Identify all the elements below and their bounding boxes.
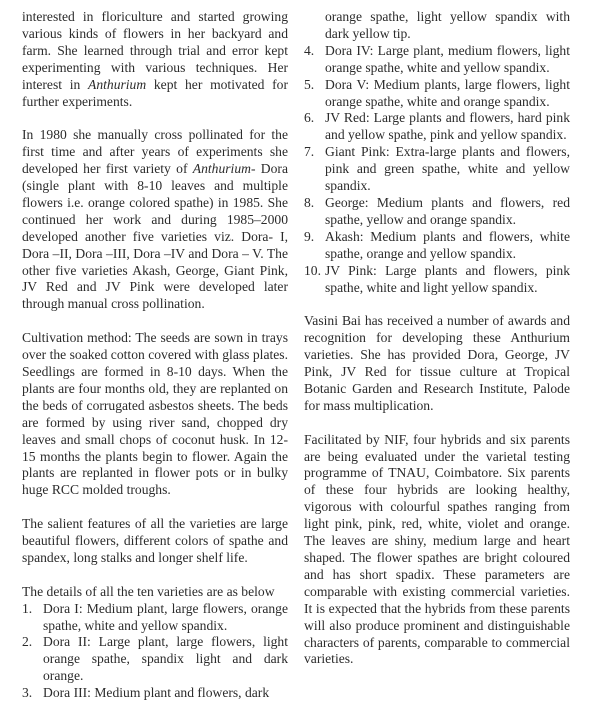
italic-species-name: Anthurium	[88, 77, 146, 92]
list-item: 6.JV Red: Large plants and flowers, hard…	[304, 110, 570, 144]
list-item: 7.Giant Pink: Extra-large plants and flo…	[304, 144, 570, 195]
list-text: orange spathe, light yellow spandix with…	[325, 9, 570, 41]
list-item: 9.Akash: Medium plants and flowers, whit…	[304, 229, 570, 263]
list-item: 3.Dora III: Medium plant and flowers, da…	[22, 685, 288, 702]
list-text: JV Pink: Large plants and flowers, pink …	[325, 263, 570, 295]
list-text: Dora I: Medium plant, large flowers, ora…	[43, 601, 288, 633]
intro-paragraph: interested in floriculture and started g…	[22, 9, 288, 110]
features-paragraph: The salient features of all the varietie…	[22, 516, 288, 567]
list-text: Dora II: Large plant, large flowers, lig…	[43, 634, 288, 683]
left-column: interested in floriculture and started g…	[22, 9, 288, 714]
list-text: Dora IV: Large plant, medium flowers, li…	[325, 43, 570, 75]
list-text: Dora V: Medium plants, large flowers, li…	[325, 77, 570, 109]
list-item: 8.George: Medium plants and flowers, red…	[304, 195, 570, 229]
list-number: 8.	[304, 195, 314, 212]
list-number: 6.	[304, 110, 314, 127]
list-number: 10.	[304, 263, 321, 280]
nif-evaluation-paragraph: Facilitated by NIF, four hybrids and six…	[304, 432, 570, 669]
list-number: 7.	[304, 144, 314, 161]
list-text: Akash: Medium plants and flowers, white …	[325, 229, 570, 261]
list-item: 2.Dora II: Large plant, large flowers, l…	[22, 634, 288, 685]
list-item: 1.Dora I: Medium plant, large flowers, o…	[22, 601, 288, 635]
list-item: 4.Dora IV: Large plant, medium flowers, …	[304, 43, 570, 77]
list-item-continuation: orange spathe, light yellow spandix with…	[304, 9, 570, 43]
italic-species-name: Anthurium	[193, 161, 251, 176]
awards-paragraph: Vasini Bai has received a number of awar…	[304, 313, 570, 414]
document-page: interested in floriculture and started g…	[0, 0, 602, 714]
list-number: 1.	[22, 601, 32, 618]
list-intro: The details of all the ten varieties are…	[22, 584, 288, 601]
list-text: JV Red: Large plants and flowers, hard p…	[325, 110, 570, 142]
list-number: 4.	[304, 43, 314, 60]
list-item: 5.Dora V: Medium plants, large flowers, …	[304, 77, 570, 111]
list-number: 3.	[22, 685, 32, 702]
right-column: orange spathe, light yellow spandix with…	[304, 9, 570, 685]
cultivation-paragraph: Cultivation method: The seeds are sown i…	[22, 330, 288, 499]
list-number: 9.	[304, 229, 314, 246]
list-text: Dora III: Medium plant and flowers, dark	[43, 685, 269, 700]
list-text: Giant Pink: Extra-large plants and flowe…	[325, 144, 570, 193]
list-text: George: Medium plants and flowers, red s…	[325, 195, 570, 227]
list-item: 10.JV Pink: Large plants and flowers, pi…	[304, 263, 570, 297]
list-number: 5.	[304, 77, 314, 94]
varieties-list: 1.Dora I: Medium plant, large flowers, o…	[22, 601, 288, 702]
varieties-list-continued: orange spathe, light yellow spandix with…	[304, 9, 570, 296]
list-number: 2.	[22, 634, 32, 651]
history-paragraph: In 1980 she manually cross pollinated fo…	[22, 127, 288, 313]
text-span: - Dora (single plant with 8-10 leaves an…	[22, 161, 288, 311]
